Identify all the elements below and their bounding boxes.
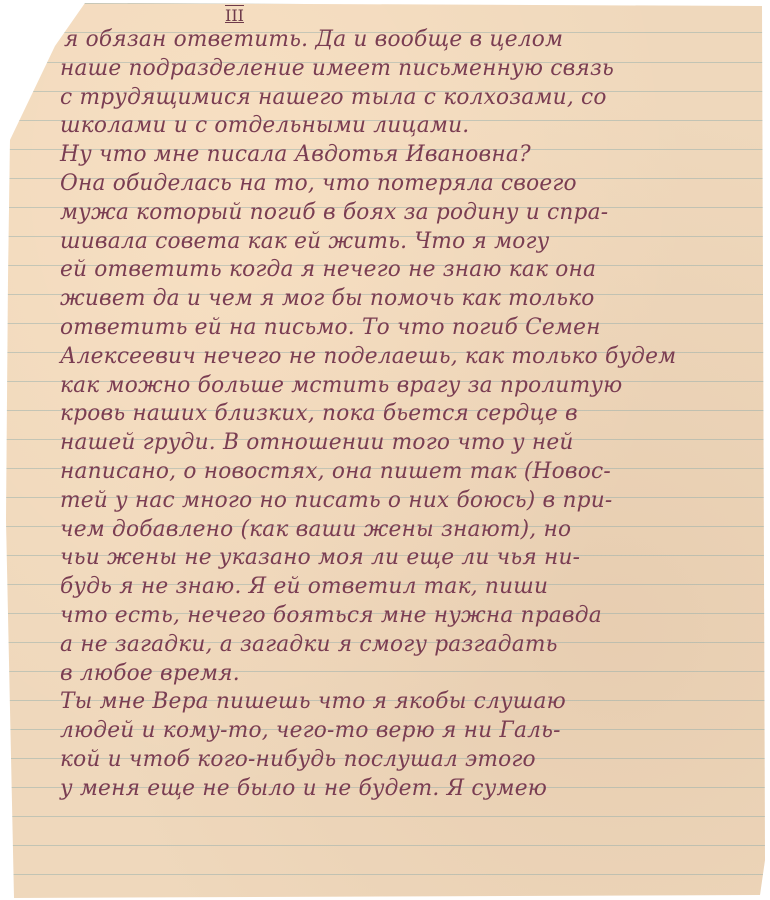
text-line: мужа который погиб в боях за родину и сп… xyxy=(60,199,750,228)
text-line: я обязан ответить. Да и вообще в целом xyxy=(60,26,750,55)
text-line: ей ответить когда я нечего не знаю как о… xyxy=(60,256,750,285)
text-line: что есть, нечего бояться мне нужна правд… xyxy=(60,602,750,631)
text-line: чем добавлено (как ваши жены знают), но xyxy=(60,516,750,545)
text-line: с трудящимися нашего тыла с колхозами, с… xyxy=(60,84,750,113)
text-line: Ну что мне писала Авдотья Ивановна? xyxy=(60,141,750,170)
text-line: людей и кому-то, чего-то верю я ни Галь- xyxy=(60,717,750,746)
text-line: в любое время. xyxy=(60,660,750,689)
page-number: III xyxy=(225,6,244,25)
text-line: кровь наших близких, пока бьется сердце … xyxy=(60,400,750,429)
text-line: Она обиделась на то, что потеряла своего xyxy=(60,170,750,199)
text-line: написано, о новостях, она пишет так (Нов… xyxy=(60,458,750,487)
text-line: а не загадки, а загадки я смогу разгадат… xyxy=(60,631,750,660)
text-line: ответить ей на письмо. То что погиб Семе… xyxy=(60,314,750,343)
text-line: живет да и чем я мог бы помочь как тольк… xyxy=(60,285,750,314)
text-line: как можно больше мстить врагу за пролиту… xyxy=(60,372,750,401)
text-line: Алексеевич нечего не поделаешь, как толь… xyxy=(60,343,750,372)
letter-text: я обязан ответить. Да и вообще в целом н… xyxy=(60,26,760,804)
text-line: шивала совета как ей жить. Что я могу xyxy=(60,228,750,257)
text-line: нашей груди. В отношении того что у ней xyxy=(60,429,750,458)
text-line: у меня еще не было и не будет. Я сумею xyxy=(60,775,750,804)
text-line: кой и чтоб кого-нибудь послушал этого xyxy=(60,746,750,775)
text-line: Ты мне Вера пишешь что я якобы слушаю xyxy=(60,688,750,717)
text-line: чьи жены не указано моя ли еще ли чья ни… xyxy=(60,544,750,573)
text-line: школами и с отдельными лицами. xyxy=(60,112,750,141)
text-line: будь я не знаю. Я ей ответил так, пиши xyxy=(60,573,750,602)
text-line: тей у нас много но писать о них боюсь) в… xyxy=(60,487,750,516)
text-line: наше подразделение имеет письменную связ… xyxy=(60,55,750,84)
